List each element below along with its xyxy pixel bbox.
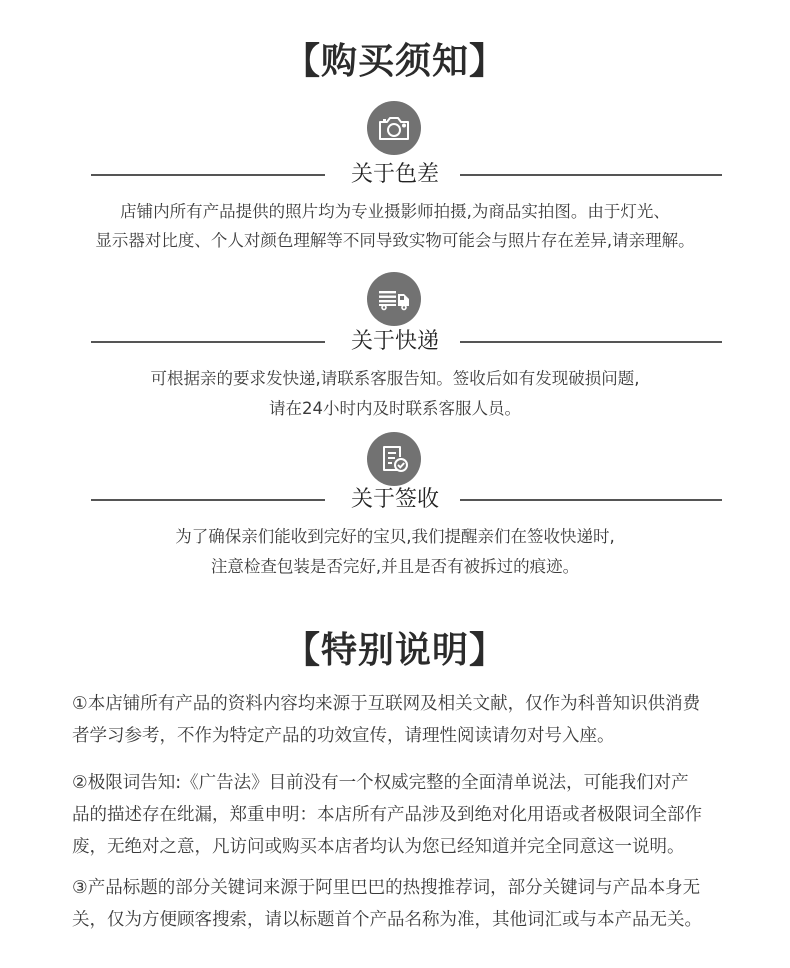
notice-line: ②极限词告知:《广告法》目前没有一个权威完整的全面清单说法，可能我们对产 [72, 767, 752, 799]
delivery-truck-icon [367, 272, 421, 326]
section-text-line: 请在24小时内及时联系客服人员。 [0, 394, 790, 424]
section-text-line: 店铺内所有产品提供的照片均为专业摄影师拍摄,为商品实拍图。由于灯光、 [0, 197, 790, 227]
section-text-line: 显示器对比度、个人对颜色理解等不同导致实物可能会与照片存在差异,请亲理解。 [0, 226, 790, 256]
section-title-row: 关于色差 [0, 160, 790, 190]
notice-line: 者学习参考，不作为特定产品的功效宣传，请理性阅读请勿对号入座。 [72, 720, 752, 752]
notice-line: 品的描述存在纰漏，郑重申明：本店所有产品涉及到绝对化用语或者极限词全部作 [72, 799, 752, 831]
camera-icon [367, 101, 421, 155]
notice-item: ①本店铺所有产品的资料内容均来源于互联网及相关文献，仅作为科普知识供消费 者学习… [72, 688, 752, 752]
divider-line [460, 341, 722, 343]
notice-item: ③产品标题的部分关键词来源于阿里巴巴的热搜推荐词，部分关键词与产品本身无 关，仅… [72, 872, 752, 936]
purchase-notice-heading: 【购买须知】 [0, 33, 790, 84]
notice-item: ②极限词告知:《广告法》目前没有一个权威完整的全面清单说法，可能我们对产 品的描… [72, 767, 752, 863]
divider-line [460, 174, 722, 176]
section-text-line: 可根据亲的要求发快递,请联系客服告知。签收后如有发现破损问题, [0, 364, 790, 394]
divider-line [460, 499, 722, 501]
notice-line: ③产品标题的部分关键词来源于阿里巴巴的热搜推荐词，部分关键词与产品本身无 [72, 872, 752, 904]
section-title-row: 关于快递 [0, 327, 790, 357]
signed-document-icon [367, 432, 421, 486]
section-text-line: 为了确保亲们能收到完好的宝贝,我们提醒亲们在签收快递时, [0, 522, 790, 552]
notice-line: ①本店铺所有产品的资料内容均来源于互联网及相关文献，仅作为科普知识供消费 [72, 688, 752, 720]
section-text-line: 注意检查包装是否完好,并且是否有被拆过的痕迹。 [0, 552, 790, 582]
section-title-row: 关于签收 [0, 485, 790, 515]
notice-line: 废，无绝对之意，凡访问或购买本店者均认为您已经知道并完全同意这一说明。 [72, 831, 752, 863]
special-notice-heading: 【特别说明】 [0, 622, 790, 673]
notice-line: 关，仅为方便顾客搜索，请以标题首个产品名称为准，其他词汇或与本产品无关。 [72, 904, 752, 936]
